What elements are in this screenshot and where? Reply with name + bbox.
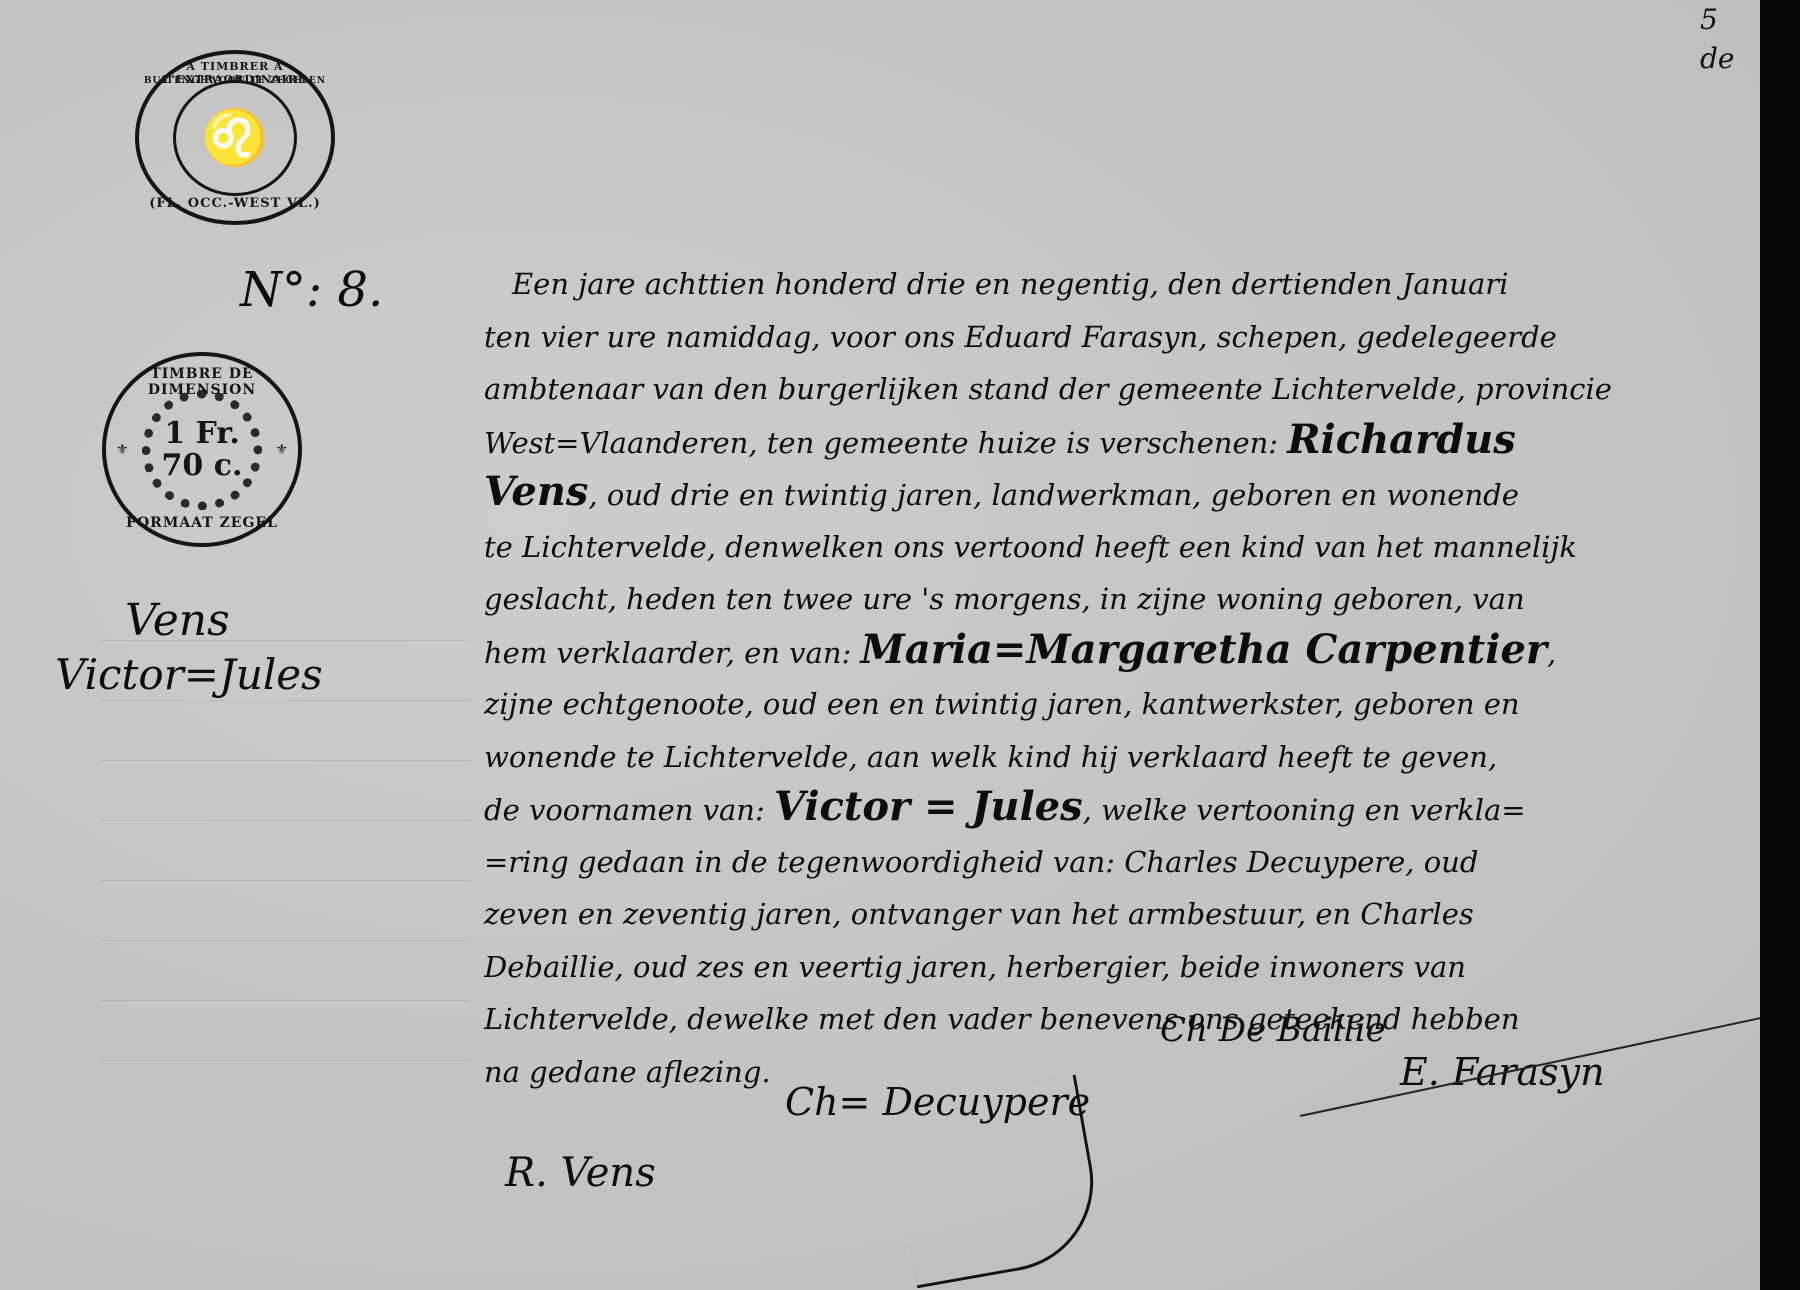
body-line-text: West=Vlaanderen, ten gemeente huize is v… [484, 426, 1278, 460]
record-number: N°: 8. [240, 262, 383, 318]
father-first-name: Richardus [1287, 416, 1515, 463]
body-line: zijne echtgenoote, oud een en twintig ja… [484, 678, 1739, 731]
body-line: Debaillie, oud zes en veertig jaren, her… [484, 941, 1739, 994]
fleur-de-lis-icon: ⚜ [275, 442, 288, 458]
margin-given-names: Victor=Jules [55, 650, 323, 699]
father-last-name: Vens [484, 468, 588, 515]
body-line-text: welke vertooning en verkla= [1101, 793, 1526, 827]
faint-rule [100, 760, 470, 761]
mother-name: Maria=Margaretha Carpentier [861, 626, 1548, 673]
corner-page-mark: 5 de [1700, 0, 1735, 78]
stamp-ring-bottom-text: (FL. OCC.-WEST VL.) [139, 196, 331, 211]
body-line: ambtenaar van den burgerlijken stand der… [484, 363, 1739, 416]
body-line: hem verklaarder, en van: Maria=Margareth… [484, 626, 1739, 679]
corner-mark-text: 5 de [1700, 0, 1735, 78]
body-line: =ring gedaan in de tegenwoordigheid van:… [484, 836, 1739, 889]
document-page: À TIMBRER À L'EXTRAORDINAIRE BUITENGEWOO… [0, 0, 1760, 1290]
body-line: wonende te Lichtervelde, aan welk kind h… [484, 731, 1739, 784]
body-line: Lichtervelde, dewelke met den vader bene… [484, 993, 1739, 1046]
stamp-ring-text: TIMBRE DE DIMENSION [106, 366, 298, 398]
lion-rampant-icon: ♌ [201, 111, 268, 165]
stamp-ring-bottom-text: FORMAAT ZEGEL [106, 515, 298, 531]
stamp-value-francs: 1 Fr. [164, 418, 240, 450]
margin-surname: Vens [125, 595, 230, 646]
scan-edge-strip [1760, 0, 1800, 1290]
body-line: West=Vlaanderen, ten gemeente huize is v… [484, 416, 1739, 469]
faint-rule [100, 880, 470, 881]
fiscal-stamp: À TIMBRER À L'EXTRAORDINAIRE BUITENGEWOO… [135, 50, 335, 225]
body-line: de voornamen van: Victor = Jules, welke … [484, 783, 1739, 836]
faint-rule [100, 1000, 470, 1001]
record-body: Een jare achttien honderd drie en negent… [484, 258, 1739, 1098]
dimension-stamp: TIMBRE DE DIMENSION ⚜ 1 Fr. 70 c. ⚜ FORM… [102, 352, 302, 547]
body-line: Een jare achttien honderd drie en negent… [484, 258, 1739, 311]
body-line: zeven en zeventig jaren, ontvanger van h… [484, 888, 1739, 941]
child-name: Victor = Jules [774, 783, 1083, 830]
body-line-text: oud drie en twintig jaren, landwerkman, … [607, 478, 1519, 512]
faint-rule [100, 1060, 470, 1061]
stamp-inner-ring: ♌ [173, 80, 297, 196]
faint-rule [100, 700, 470, 701]
body-line: Vens, oud drie en twintig jaren, landwer… [484, 468, 1739, 521]
body-line: geslacht, heden ten twee ure 's morgens,… [484, 573, 1739, 626]
stamp-value-centimes: 70 c. [162, 450, 243, 482]
body-line-text: hem verklaarder, en van: [484, 636, 851, 670]
signature-witness-debaillie: Ch De Baillie [1160, 1010, 1386, 1050]
signature-father-vens: R. Vens [505, 1150, 656, 1196]
faint-rule [100, 940, 470, 941]
body-line: te Lichtervelde, denwelken ons vertoond … [484, 521, 1739, 574]
laurel-wreath-icon: 1 Fr. 70 c. [142, 390, 262, 510]
body-line: ten vier ure namiddag, voor ons Eduard F… [484, 311, 1739, 364]
stamp-ring-subtext: BUITENGEWOON TE ZEGELEN [139, 76, 331, 86]
body-line-text: de voornamen van: [484, 793, 765, 827]
faint-rule [100, 820, 470, 821]
fleur-de-lis-icon: ⚜ [116, 442, 129, 458]
signature-flourish [886, 1075, 1108, 1289]
